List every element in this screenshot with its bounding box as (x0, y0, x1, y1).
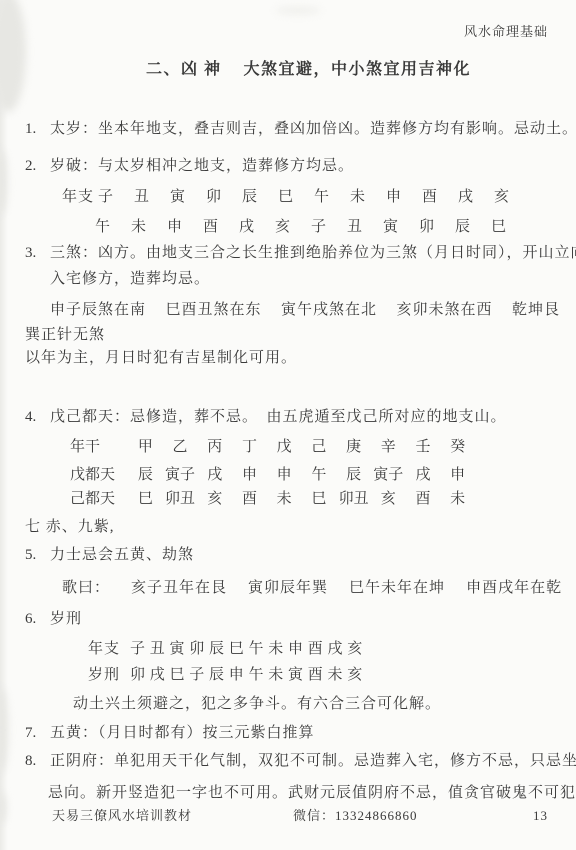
sansha-overflow: 巽正针无煞 (25, 325, 105, 345)
branch-cell: 卯丑 (336, 489, 371, 509)
lishi-song: 歌曰： 亥子丑年在艮 寅卯辰年巽 巳午未年在坤 申酉戌年在乾 (62, 578, 562, 598)
scan-artifact (275, 6, 321, 15)
item-text: 五黄：（月日时都有）按三元紫白推算 (50, 725, 315, 741)
branch-cell: 寅子 (163, 465, 198, 485)
item-taisui: 1.太岁：坐本年地支，叠吉则吉，叠凶加倍凶。造葬修方均有影响。忌动土。 (25, 119, 576, 139)
sansha-directions: 申子辰煞在南 巳酉丑煞在东 寅午戌煞在北 亥卯未煞在西 乾坤艮 (50, 300, 560, 320)
scanned-page: 风水命理基础 二、凶 神大煞宜避，中小煞宜用吉神化 1.太岁：坐本年地支，叠吉则… (0, 0, 576, 850)
branch-cell: 未 (267, 489, 302, 509)
row-label: 年支 (62, 189, 94, 205)
branch-cell: 申 (232, 465, 267, 485)
item-lishi: 5.力士忌会五黄、劫煞 (25, 545, 194, 565)
stem-cell: 辛 (371, 437, 406, 457)
song-segment: 亥子丑年在艮 (131, 578, 227, 598)
item-number: 2. (25, 156, 50, 176)
section-title: 二、凶 神大煞宜避，中小煞宜用吉神化 (146, 60, 471, 80)
row-cells: 子 丑 寅 卯 辰 巳 午 未 申 酉 戌 亥 (98, 189, 512, 205)
section-title-lead: 二、凶 神 (146, 61, 222, 78)
direction-segment: 申子辰煞在南 (50, 300, 146, 320)
branch-cell: 午 (302, 465, 337, 485)
item-dutian: 4.戊己都天：忌修造，葬不忌。 由五虎遁至戊己所对应的地支山。 (25, 407, 507, 427)
item-sansha-line1: 3.三煞：凶方。由地支三合之长生推到绝胎养位为三煞（月日时同），开山立向 (25, 243, 576, 263)
scan-artifact (0, 0, 26, 112)
dutian-table-row-ji: 己都天 巳 卯丑 亥 酉 未 巳 卯丑 亥 酉 未 (70, 489, 475, 509)
row-label: 岁刑 (88, 667, 120, 683)
footer-wechat: 微信：13324866860 (293, 806, 418, 826)
suixing-table-row2: 岁刑卯 戌 巳 子 辰 申 午 未 寅 酉 未 亥 (88, 665, 363, 685)
item-text: 力士忌会五黄、劫煞 (50, 547, 194, 563)
suixing-table-row1: 年支子 丑 寅 卯 辰 巳 午 未 申 酉 戌 亥 (88, 639, 363, 659)
item-text: 岁破：与太岁相冲之地支，造葬修方均忌。 (50, 158, 354, 174)
item-text: 太岁：坐本年地支，叠吉则吉，叠凶加倍凶。造葬修方均有影响。忌动土。 (50, 121, 576, 137)
item-yinfu-line2: 忌向。新开竖造犯一字也不可用。武财元辰值阴府不忌，值贪官破鬼不可犯。 (48, 783, 576, 803)
item-text: 戊己都天：忌修造，葬不忌。 由五虎遁至戊己所对应的地支山。 (50, 409, 507, 425)
branch-cell: 申 (267, 465, 302, 485)
sansha-note: 以年为主，月日时犯有吉星制化可用。 (25, 348, 297, 368)
branch-cell: 巳 (302, 489, 337, 509)
row-cells: 子 丑 寅 卯 辰 巳 午 未 申 酉 戌 亥 (130, 641, 363, 657)
branch-cell: 酉 (232, 489, 267, 509)
item-number: 3. (25, 243, 50, 263)
row-label: 己都天 (70, 489, 128, 509)
item-text: 正阴府：单犯用天干化气制，双犯不可制。忌造葬入宅，修方不忌，只忌坐不 (50, 753, 576, 769)
stem-cell: 壬 (406, 437, 441, 457)
row-cells: 午 未 申 酉 戌 亥 子 丑 寅 卯 辰 巳 (95, 219, 509, 235)
stem-cell: 戊 (267, 437, 302, 457)
stem-cell: 己 (302, 437, 337, 457)
row-label: 戊都天 (70, 465, 128, 485)
song-segment: 巳午未年在坤 (349, 578, 445, 598)
branch-cell: 辰 (128, 465, 163, 485)
branch-cell: 亥 (371, 489, 406, 509)
direction-segment: 乾坤艮 (512, 300, 560, 320)
direction-segment: 亥卯未煞在西 (396, 300, 492, 320)
branch-cell: 戌 (197, 465, 232, 485)
item-number: 6. (25, 609, 50, 629)
stem-cell: 癸 (440, 437, 475, 457)
item-text: 三煞：凶方。由地支三合之长生推到绝胎养位为三煞（月日时同），开山立向 (50, 245, 576, 261)
dutian-table-header: 年干 甲 乙 丙 丁 戊 己 庚 辛 壬 癸 (70, 437, 475, 457)
item-number: 4. (25, 407, 50, 427)
suixing-note: 动土兴土须避之，犯之多争斗。有六合三合可化解。 (73, 694, 441, 714)
branch-cell: 酉 (406, 489, 441, 509)
stray-line: 七 赤、九紫, (25, 517, 115, 537)
item-text: 岁刑 (50, 611, 82, 627)
dutian-table-row-wu: 戊都天 辰 寅子 戌 申 申 午 辰 寅子 戌 申 (70, 465, 475, 485)
item-sansha-line2: 入宅修方，造葬均忌。 (50, 269, 210, 289)
stem-cell: 乙 (163, 437, 198, 457)
row-label: 年干 (70, 437, 128, 457)
direction-segment: 巳酉丑煞在东 (165, 300, 261, 320)
stem-cell: 丁 (232, 437, 267, 457)
section-title-rest: 大煞宜避，中小煞宜用吉神化 (244, 61, 472, 78)
item-suixing: 6.岁刑 (25, 609, 82, 629)
branch-cell: 戌 (406, 465, 441, 485)
footer-page-number: 13 (533, 806, 548, 826)
song-segment: 申酉戌年在乾 (466, 578, 562, 598)
song-segment: 寅卯辰年巽 (248, 578, 328, 598)
stem-cell: 甲 (128, 437, 163, 457)
item-suipo: 2.岁破：与太岁相冲之地支，造葬修方均忌。 (25, 156, 354, 176)
item-number: 7. (25, 723, 50, 743)
item-yinfu-line1: 8.正阴府：单犯用天干化气制，双犯不可制。忌造葬入宅，修方不忌，只忌坐不 (25, 751, 576, 771)
branch-cell: 亥 (197, 489, 232, 509)
item-number: 5. (25, 545, 50, 565)
row-cells: 卯 戌 巳 子 辰 申 午 未 寅 酉 未 亥 (130, 667, 363, 683)
branch-cell: 未 (440, 489, 475, 509)
item-number: 8. (25, 751, 50, 771)
branch-cell: 巳 (128, 489, 163, 509)
suipo-table-row-branches: 年支子 丑 寅 卯 辰 巳 午 未 申 酉 戌 亥 (62, 187, 512, 207)
stem-cell: 庚 (336, 437, 371, 457)
row-label: 年支 (88, 641, 120, 657)
item-wuhuang: 7.五黄：（月日时都有）按三元紫白推算 (25, 723, 315, 743)
page-header-book-title: 风水命理基础 (464, 22, 548, 42)
direction-segment: 寅午戌煞在北 (281, 300, 377, 320)
stem-cell: 丙 (197, 437, 232, 457)
branch-cell: 卯丑 (163, 489, 198, 509)
branch-cell: 申 (440, 465, 475, 485)
song-label: 歌曰： (62, 578, 110, 598)
branch-cell: 寅子 (371, 465, 406, 485)
item-number: 1. (25, 119, 50, 139)
suipo-table-row-clash: 午 未 申 酉 戌 亥 子 丑 寅 卯 辰 巳 (95, 217, 509, 237)
footer-book-series: 天易三僚风水培训教材 (52, 806, 192, 826)
branch-cell: 辰 (336, 465, 371, 485)
